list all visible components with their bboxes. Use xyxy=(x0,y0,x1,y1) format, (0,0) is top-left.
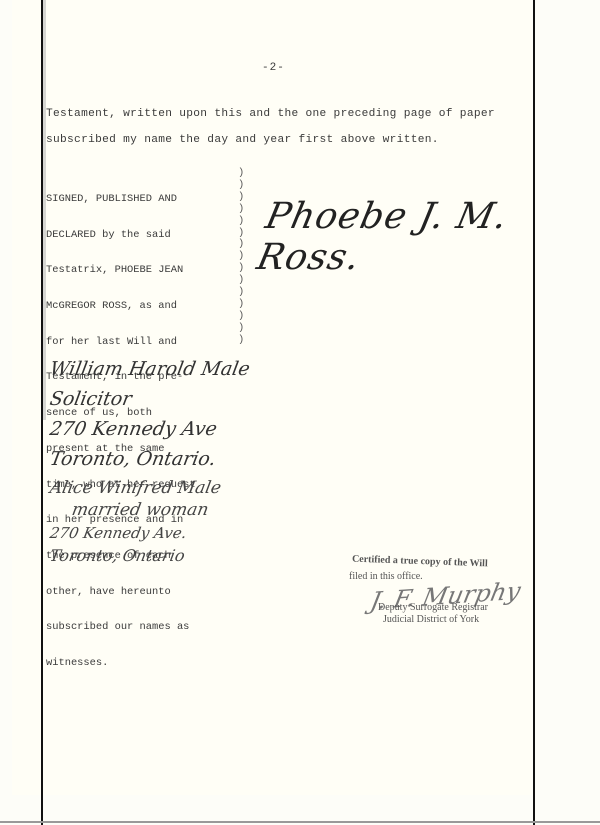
witness-1-city: Toronto, Ontario. xyxy=(48,448,218,470)
registrar-district: Judicial District of York xyxy=(383,614,479,625)
attest-line: DECLARED by the said xyxy=(46,230,196,242)
witness-1-address: 270 Kennedy Ave xyxy=(48,418,219,440)
witness-2-address: 270 Kennedy Ave. xyxy=(48,524,188,542)
page-number: -2- xyxy=(262,62,285,74)
attest-line: Testatrix, PHOEBE JEAN xyxy=(46,265,196,277)
attest-line: for her last Will and xyxy=(46,337,196,349)
attest-line: SIGNED, PUBLISHED AND xyxy=(46,194,196,206)
certification-line-2: filed in this office. xyxy=(349,571,423,582)
attest-line: other, have hereunto xyxy=(46,587,196,599)
witness-2-city: Toronto, Ontario xyxy=(48,546,186,565)
witness-2-name: Alice Winifred Male xyxy=(48,478,222,498)
witness-1-name: William Harold Male xyxy=(48,358,252,380)
registrar-title: Deputy Surrogate Registrar xyxy=(378,602,488,613)
body-text-line-1: Testament, written upon this and the one… xyxy=(46,108,495,120)
testatrix-signature: Phoebe J. M. Ross. xyxy=(253,196,600,278)
witness-2-occupation: married woman xyxy=(70,500,210,520)
right-page-border xyxy=(533,0,535,825)
attest-line: McGREGOR ROSS, as and xyxy=(46,301,196,313)
bracket-column: ) ) ) ) ) ) ) ) ) ) ) ) ) ) ) xyxy=(238,168,244,347)
witness-1-occupation: Solicitor xyxy=(48,388,133,410)
bottom-edge-line xyxy=(0,821,600,823)
attest-line: subscribed our names as xyxy=(46,622,196,634)
body-text-line-2: subscribed my name the day and year firs… xyxy=(46,134,439,146)
attest-line: witnesses. xyxy=(46,658,196,670)
